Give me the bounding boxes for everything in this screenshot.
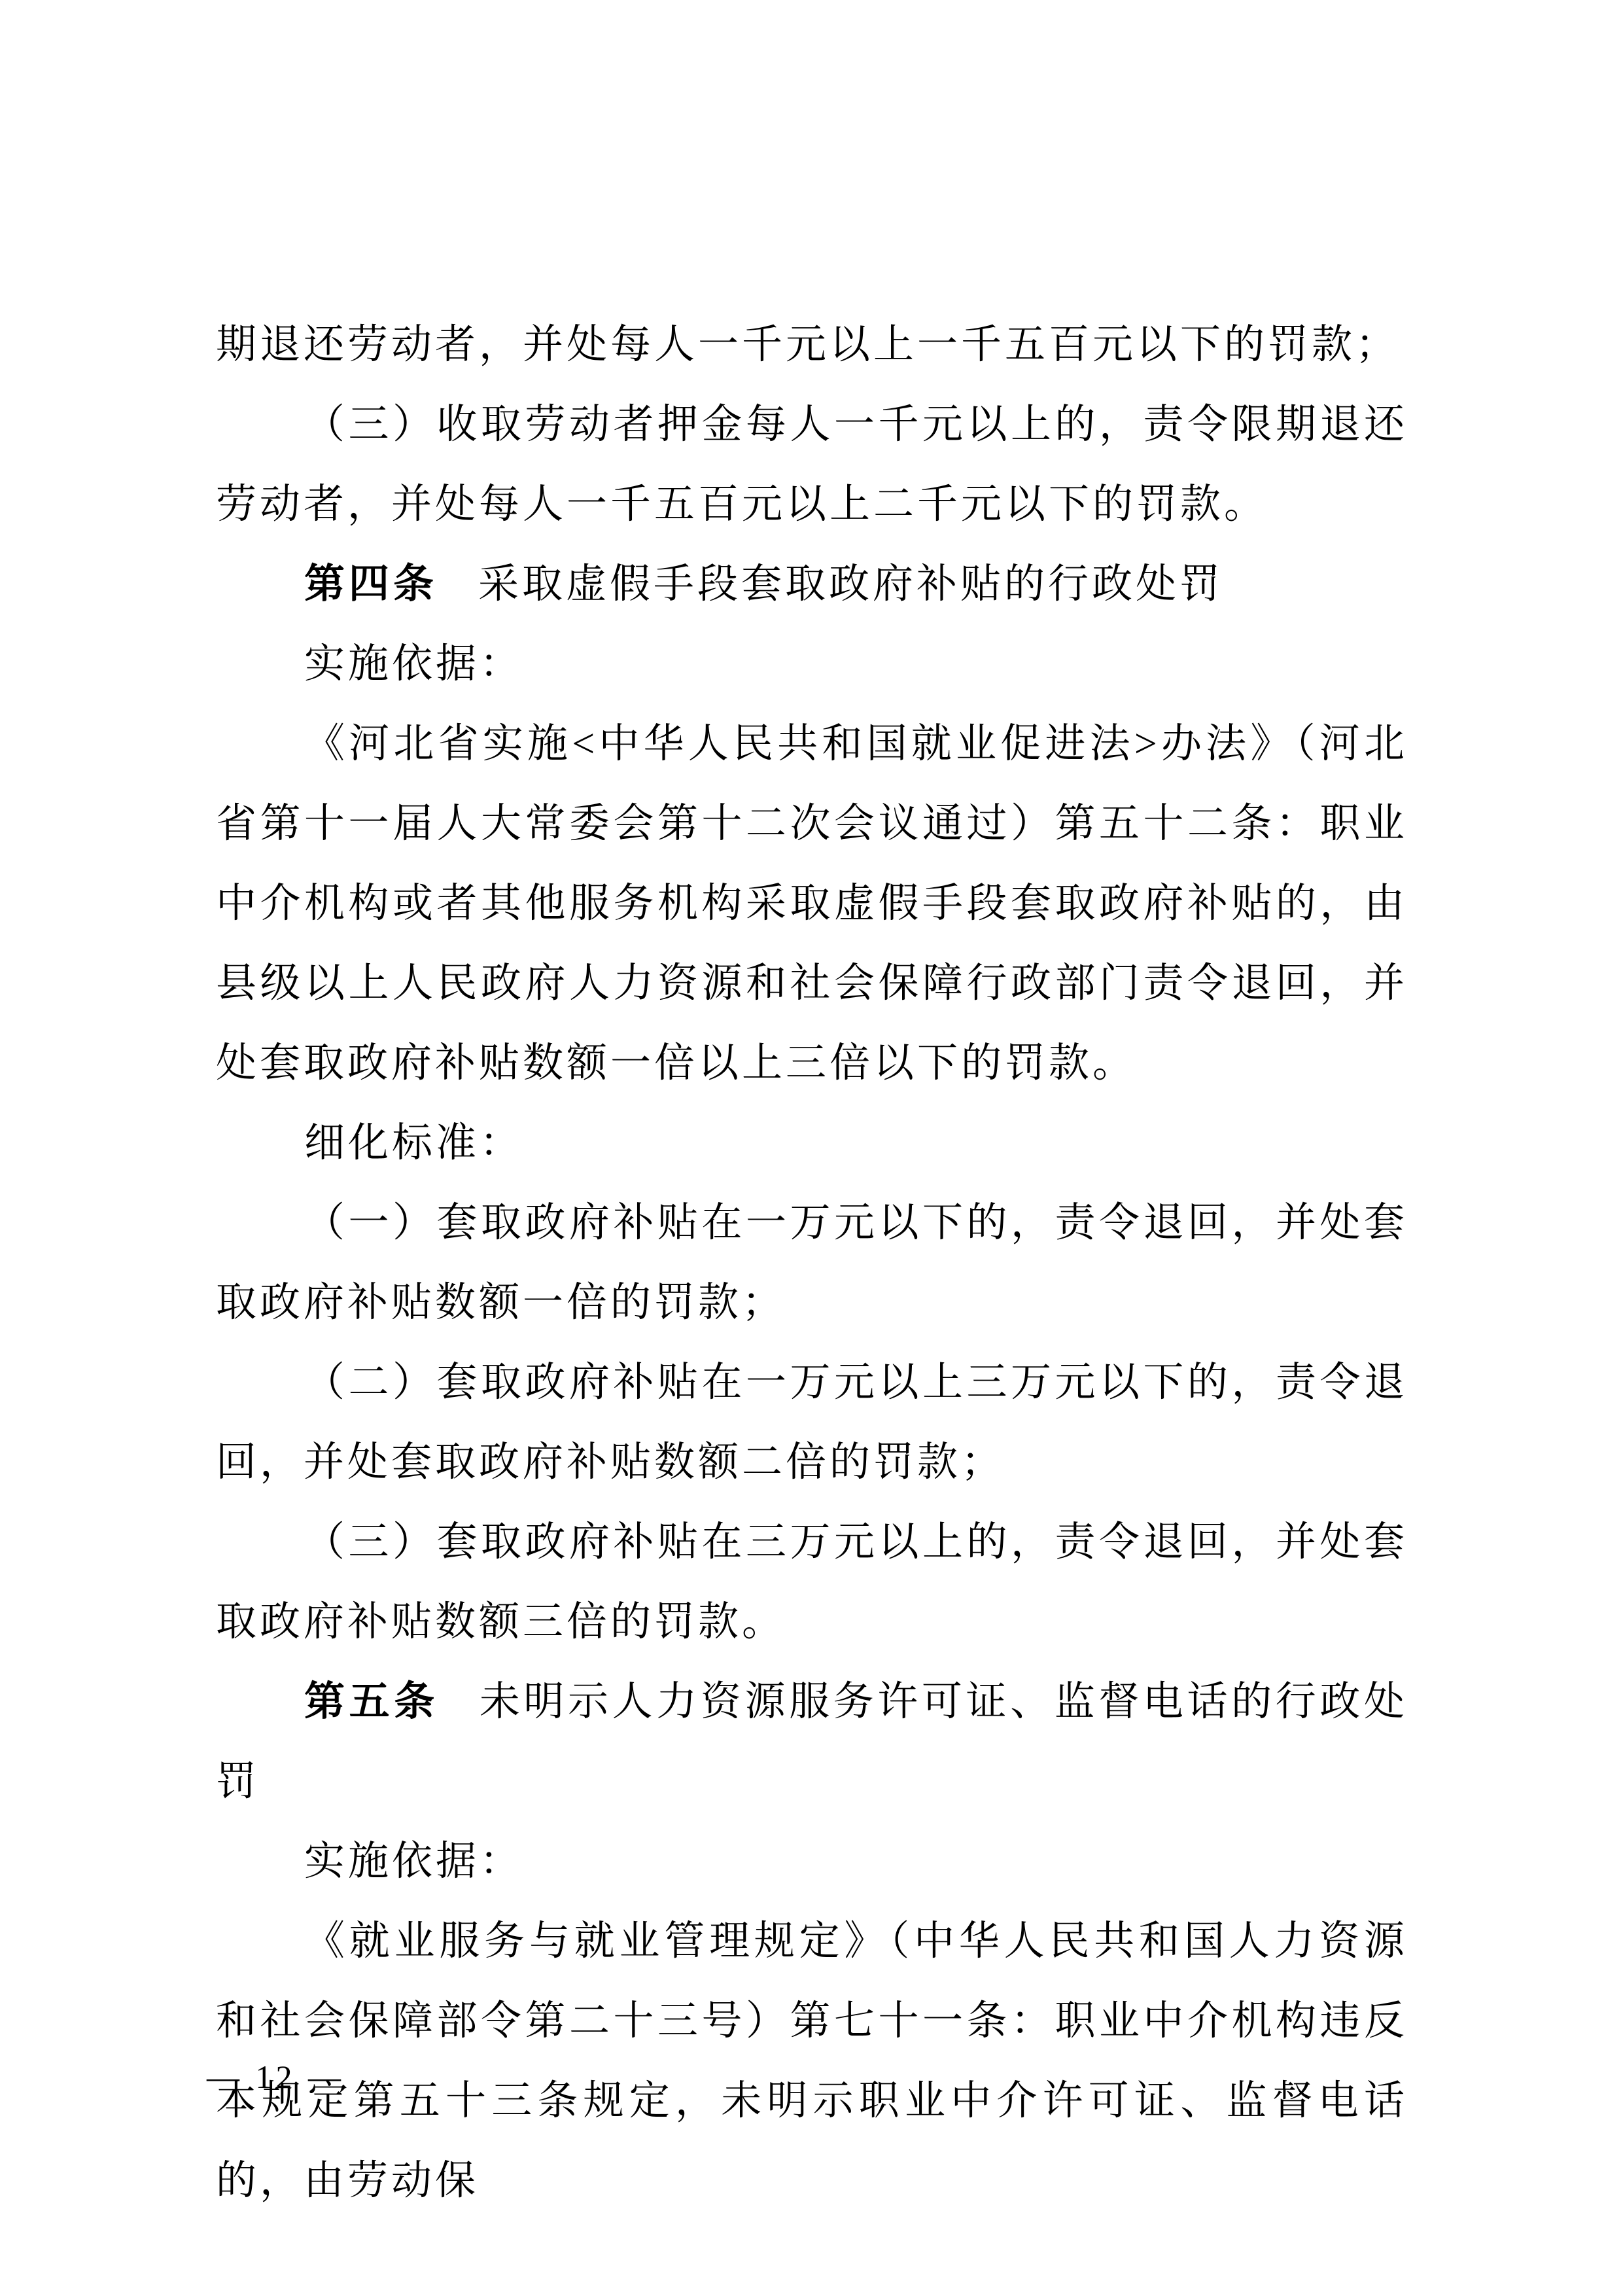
page-number: — 12 — [207, 2058, 345, 2095]
paragraph: 《河北省实施<中华人民共和国就业促进法>办法》（河北省第十一届人大常委会第十二次… [216, 704, 1408, 1103]
article-number: 第四条 [304, 561, 438, 607]
paragraph: （三）收取劳动者押金每人一千元以上的，责令限期退还劳动者，并处每人一千五百元以上… [216, 385, 1408, 544]
paragraph: （一）套取政府补贴在一万元以下的，责令退回，并处套取政府补贴数额一倍的罚款； [216, 1183, 1408, 1343]
paragraph: 期退还劳动者，并处每人一千元以上一千五百元以下的罚款； [216, 305, 1408, 385]
paragraph: 实施依据： [216, 1822, 1408, 1901]
document-text-block: 期退还劳动者，并处每人一千元以上一千五百元以下的罚款； （三）收取劳动者押金每人… [216, 305, 1408, 2221]
paragraph: （三）套取政府补贴在三万元以上的，责令退回，并处套取政府补贴数额三倍的罚款。 [216, 1502, 1408, 1662]
paragraph: 细化标准： [216, 1103, 1408, 1183]
document-page: 期退还劳动者，并处每人一千元以上一千五百元以下的罚款； （三）收取劳动者押金每人… [0, 0, 1623, 2296]
article-heading: 第五条未明示人力资源服务许可证、监督电话的行政处罚 [216, 1662, 1408, 1822]
paragraph: 实施依据： [216, 624, 1408, 704]
paragraph: 《就业服务与就业管理规定》（中华人民共和国人力资源和社会保障部令第二十三号）第七… [216, 1901, 1408, 2221]
article-number: 第五条 [304, 1679, 439, 1724]
article-title: 采取虚假手段套取政府补贴的行政处罚 [478, 562, 1223, 607]
paragraph: （二）套取政府补贴在一万元以上三万元以下的，责令退回，并处套取政府补贴数额二倍的… [216, 1343, 1408, 1502]
article-heading: 第四条采取虚假手段套取政府补贴的行政处罚 [216, 544, 1408, 624]
